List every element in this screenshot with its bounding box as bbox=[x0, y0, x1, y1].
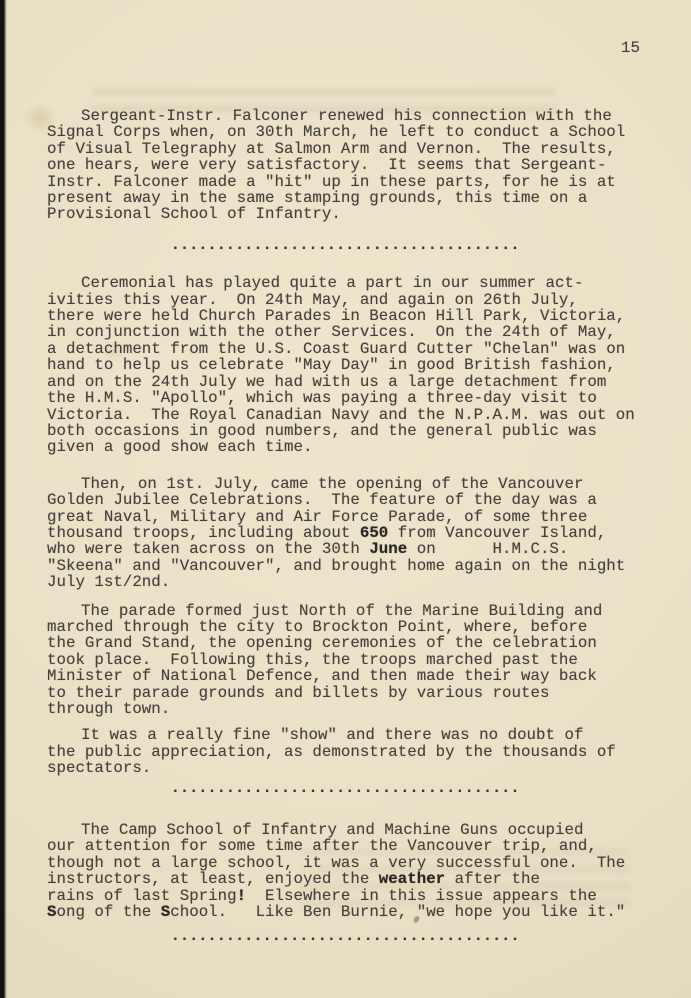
paragraph: The parade formed just North of the Mari… bbox=[47, 603, 643, 718]
page-content: Sergeant-Instr. Falconer renewed his con… bbox=[47, 0, 643, 945]
dotted-divider: ...................................... bbox=[47, 237, 643, 253]
paragraph: It was a really fine "show" and there wa… bbox=[47, 727, 643, 776]
paragraph: Then, on 1st. July, came the opening of … bbox=[47, 476, 643, 591]
paragraph: Ceremonial has played quite a part in ou… bbox=[47, 275, 643, 455]
paragraph: The Camp School of Infantry and Machine … bbox=[47, 822, 643, 920]
dotted-divider: ...................................... bbox=[47, 780, 643, 796]
scan-edge-left bbox=[0, 0, 7, 998]
dotted-divider: ...................................... bbox=[47, 928, 643, 944]
paragraph: Sergeant-Instr. Falconer renewed his con… bbox=[47, 108, 643, 223]
